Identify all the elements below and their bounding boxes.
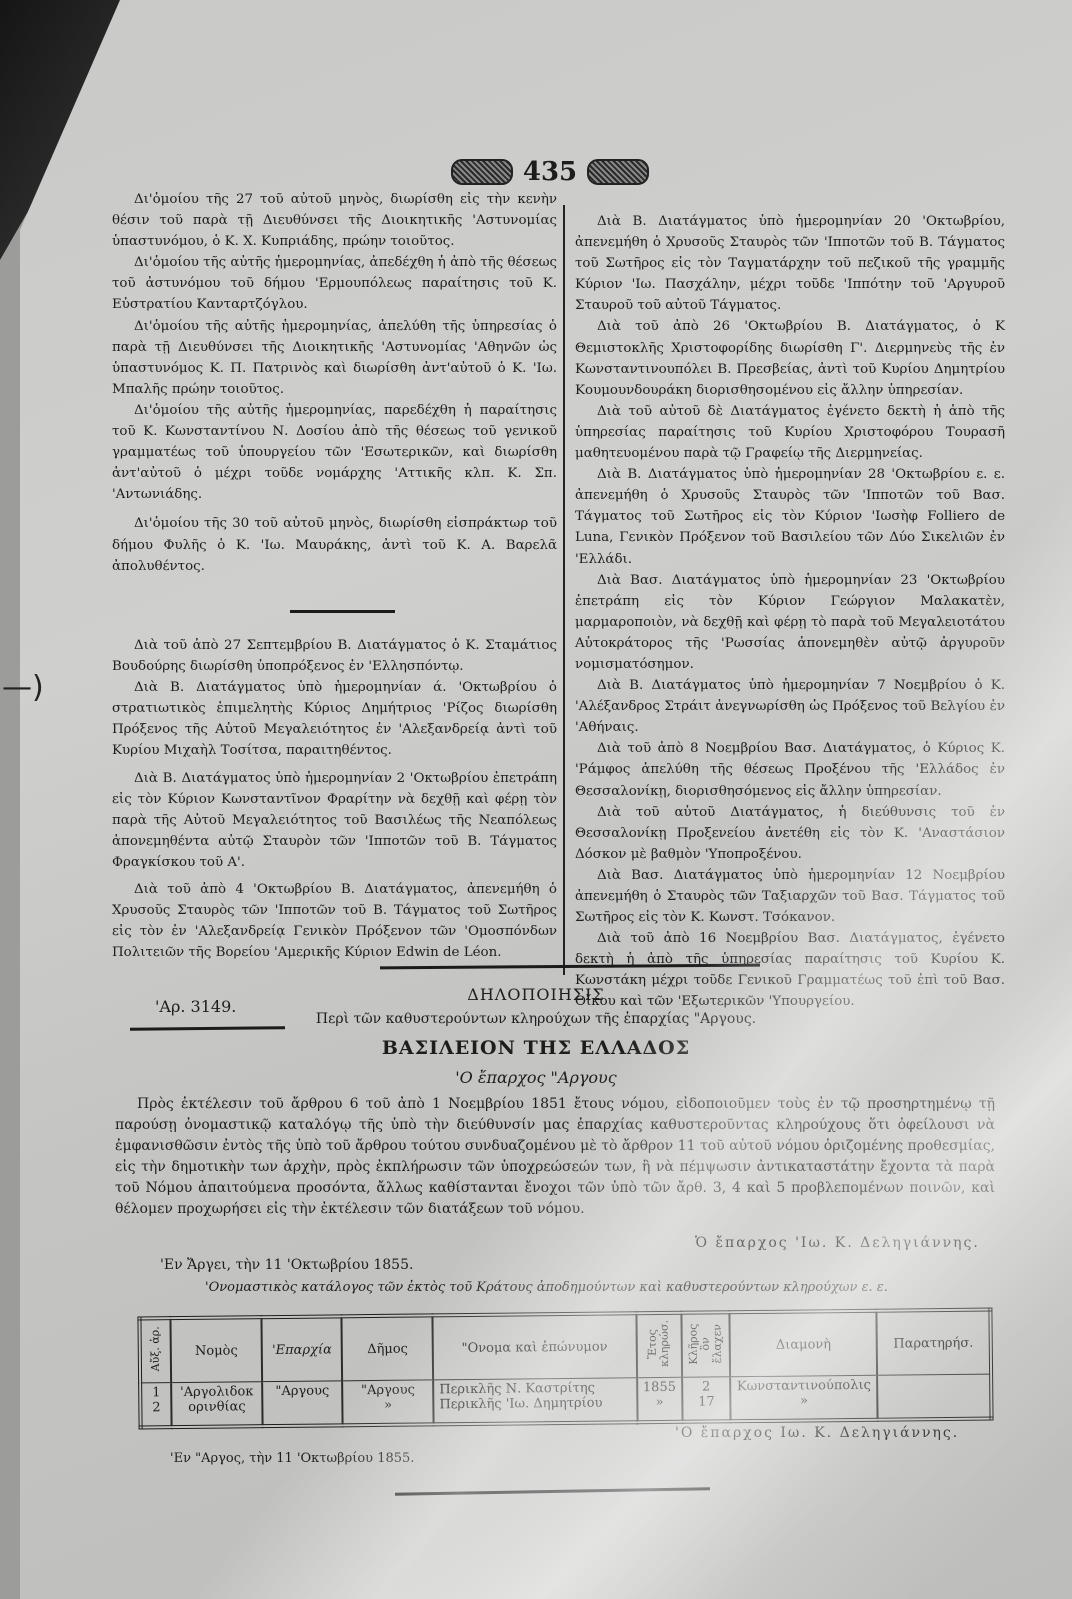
catalog-date: 'Εν "Αργος, τὴν 11 'Οκτωβρίου 1855. (170, 1451, 414, 1466)
left-column-decrees: Δι'ὁμοίου τῆς 27 τοῦ αὐτοῦ μηνὸς, διωρίσ… (112, 189, 557, 577)
page-header: 435 (450, 155, 650, 189)
paragraph: Διὰ Β. Διατάγματος ὑπὸ ἡμερομηνίαν ά. 'Ο… (112, 677, 557, 761)
col-header: Διαμονὴ (730, 1311, 878, 1377)
handwritten-arrow-mark: —) (2, 670, 44, 705)
paragraph: Δι'ὁμοίου τῆς αὐτῆς ἡμερομηνίας, ἀπελύθη… (112, 316, 557, 400)
cell-name: Περικλῆς Ν. ΚαστρίτηςΠερικλῆς 'Ιω. Δημητ… (433, 1378, 637, 1425)
notice-paragraph: Πρὸς ἐκτέλεσιν τοῦ ἄρθρου 6 τοῦ ἀπὸ 1 Νο… (115, 1094, 995, 1220)
notice-authority: 'Ο ἔπαρχος "Αργους (0, 1068, 1072, 1087)
col-header: Αὔξ. ἀρ. (139, 1318, 171, 1383)
col-header: Κλῆρος ὃν ἔλαχεν (681, 1312, 730, 1377)
paragraph: Διὰ τοῦ ἀπὸ 27 Σεπτεμβρίου Β. Διατάγματο… (112, 635, 557, 677)
paragraph: Διὰ Β. Διατάγματος ὑπὸ ἡμερομηνίαν 7 Νοε… (575, 675, 1005, 738)
notice-kingdom: ΒΑΣΙΛΕΙΟΝ ΤΗΣ ΕΛΛΑΔΟΣ (0, 1037, 1072, 1059)
paragraph: Διὰ τοῦ ἀπὸ 8 Νοεμβρίου Βασ. Διατάγματος… (575, 738, 1005, 801)
paragraph: Διὰ Β. Διατάγματος ὑπὸ ἡμερομηνίαν 2 'Οκ… (112, 768, 557, 873)
paragraph: Διὰ τοῦ αὐτοῦ δὲ Διατάγματος ἐγένετο δεκ… (575, 401, 1005, 464)
notice-signer: Ὁ ἔπαρχος 'Ιω. Κ. Δεληγιάννης. (695, 1235, 980, 1251)
col-header: 'Επαρχία (261, 1316, 342, 1381)
table-header-row: Αὔξ. ἀρ. Νομὸς 'Επαρχία Δῆμος "Ονομα καὶ… (139, 1310, 991, 1383)
catalog-table: Αὔξ. ἀρ. Νομὸς 'Επαρχία Δῆμος "Ονομα καὶ… (137, 1308, 993, 1430)
cell-province: "Αργους (262, 1381, 343, 1426)
col-header: Δῆμος (342, 1315, 433, 1380)
paragraph: Διὰ τοῦ αὐτοῦ Διατάγματος, ἡ διεύθυνσις … (575, 802, 1005, 865)
notice-subheading: Περὶ τῶν καθυστερούντων κληρούχων τῆς ἐπ… (0, 1011, 1072, 1027)
page-number: 435 (523, 157, 577, 187)
paragraph: Διὰ Β. Διατάγματος ὑπὸ ἡμερομηνίαν 28 'Ο… (575, 464, 1005, 569)
paragraph: Διὰ Β. Διατάγματος ὑπὸ ἡμερομηνίαν 20 'Ο… (575, 211, 1005, 316)
paragraph: Δι'ὁμοίου τῆς αὐτῆς ἡμερομηνίας, ἀπεδέχθ… (112, 252, 557, 315)
catalog-title: 'Ονομαστικὸς κατάλογος τῶν ἐκτὸς τοῦ Κρά… (205, 1280, 888, 1295)
paragraph: Διὰ Βασ. Διατάγματος ὑπὸ ἡμερομηνίαν 12 … (575, 865, 1005, 928)
cell-prefecture: 'Αργολιδοκορινθίας (171, 1382, 262, 1427)
cell-year: 1855» (637, 1377, 683, 1422)
column-divider (563, 205, 565, 975)
paragraph: Διὰ τοῦ ἀπὸ 26 'Οκτωβρίου Β. Διατάγματος… (575, 316, 1005, 400)
paragraph: Διὰ Βασ. Διατάγματος ὑπὸ ἡμερομηνίαν 23 … (575, 570, 1005, 675)
left-column-consular-decrees: Διὰ τοῦ ἀπὸ 27 Σεπτεμβρίου Β. Διατάγματο… (112, 635, 557, 963)
right-column-decrees: Διὰ Β. Διατάγματος ὑπὸ ἡμερομηνίαν 20 'Ο… (575, 211, 1005, 1013)
paragraph: Δι'ὁμοίου τῆς αὐτῆς ἡμερομηνίας, παρεδέχ… (112, 400, 557, 505)
cell-lot: 217 (682, 1377, 731, 1422)
col-header: Νομὸς (171, 1317, 262, 1382)
notice-body: Πρὸς ἐκτέλεσιν τοῦ ἄρθρου 6 τοῦ ἀπὸ 1 Νο… (115, 1094, 995, 1220)
section-divider (290, 610, 395, 613)
cell-residence: Κωνσταντινούπολις» (730, 1375, 877, 1421)
ornament-right-icon (587, 159, 649, 185)
notice-heading: ΔΗΛΟΠΟΙΗΣΙΣ (0, 985, 1072, 1004)
col-header: "Ονομα καὶ ἐπώνυμον (432, 1313, 636, 1380)
table-row: 12 'Αργολιδοκορινθίας "Αργους "Αργους» Π… (140, 1374, 991, 1427)
notice-date: 'Εν Ἄργει, τὴν 11 'Οκτωβρίου 1855. (160, 1257, 413, 1273)
col-header: Ἔτος κληρώσ. (636, 1313, 682, 1378)
ornament-left-icon (451, 159, 513, 185)
cell-municipality: "Αργους» (343, 1380, 434, 1425)
col-header: Παρατηρήσ. (877, 1310, 992, 1376)
paragraph: Διὰ τοῦ ἀπὸ 4 'Οκτωβρίου Β. Διατάγματος,… (112, 879, 557, 963)
cell-number: 12 (140, 1383, 172, 1428)
catalog-signer: 'Ο ἔπαρχος Ιω. Κ. Δεληγιάννης. (675, 1425, 959, 1441)
paragraph: Δι'ὁμοίου τῆς 30 τοῦ αὐτοῦ μηνὸς, διωρίσ… (112, 513, 557, 576)
cell-remarks (877, 1374, 991, 1420)
paragraph: Δι'ὁμοίου τῆς 27 τοῦ αὐτοῦ μηνὸς, διωρίσ… (112, 189, 557, 252)
